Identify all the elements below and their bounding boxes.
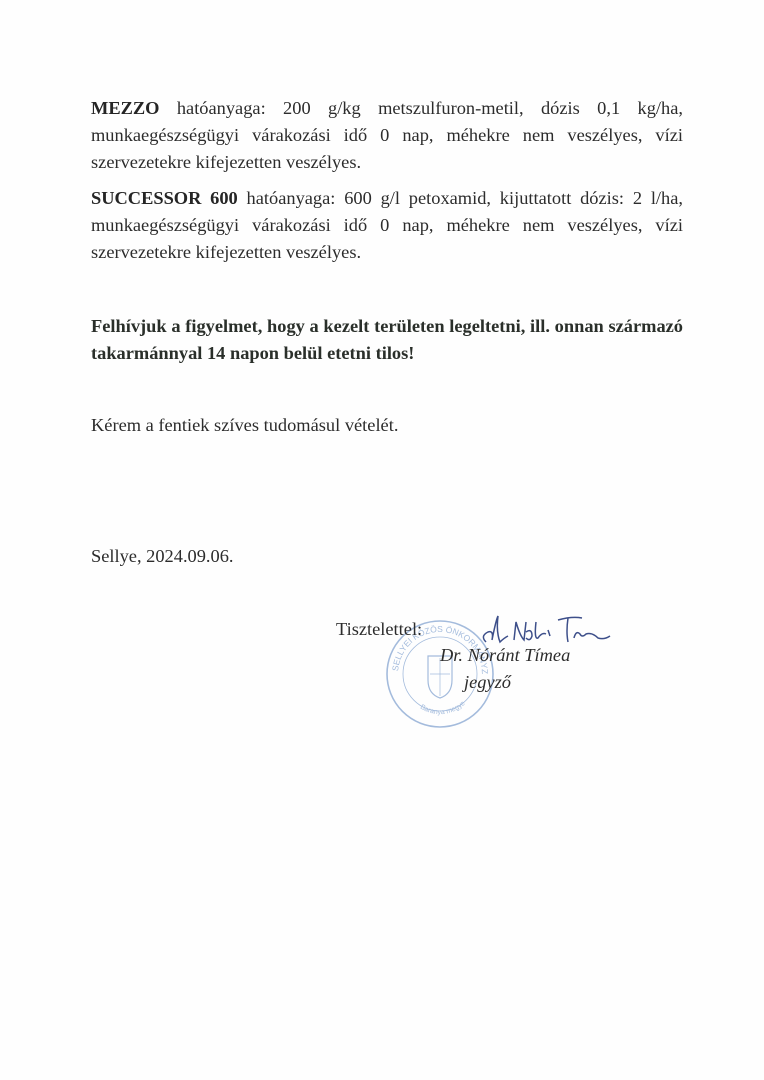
svg-text:Baranya megye: Baranya megye (419, 700, 467, 716)
place-date: Sellye, 2024.09.06. (91, 546, 234, 567)
product-name-successor: SUCCESSOR 600 (91, 188, 238, 208)
paragraph-successor: SUCCESSOR 600 hatóanyaga: 600 g/l petoxa… (91, 185, 683, 266)
paragraph-mezzo: MEZZO hatóanyaga: 200 g/kg metszulfuron-… (91, 95, 683, 176)
signer-title: jegyző (464, 672, 511, 693)
paragraph-mezzo-text: hatóanyaga: 200 g/kg metszulfuron-metil,… (91, 98, 683, 172)
warning-notice: Felhívjuk a figyelmet, hogy a kezelt ter… (91, 313, 683, 367)
product-name-mezzo: MEZZO (91, 98, 159, 118)
document-page: MEZZO hatóanyaga: 200 g/kg metszulfuron-… (0, 0, 764, 1080)
request-text: Kérem a fentiek szíves tudomásul vételét… (91, 415, 398, 436)
handwritten-signature-icon (476, 612, 616, 648)
stamp-text-bottom: Baranya megye (419, 700, 467, 716)
closing-salutation: Tisztelettel: (336, 619, 422, 640)
signer-name: Dr. Nóránt Tímea (440, 645, 570, 666)
